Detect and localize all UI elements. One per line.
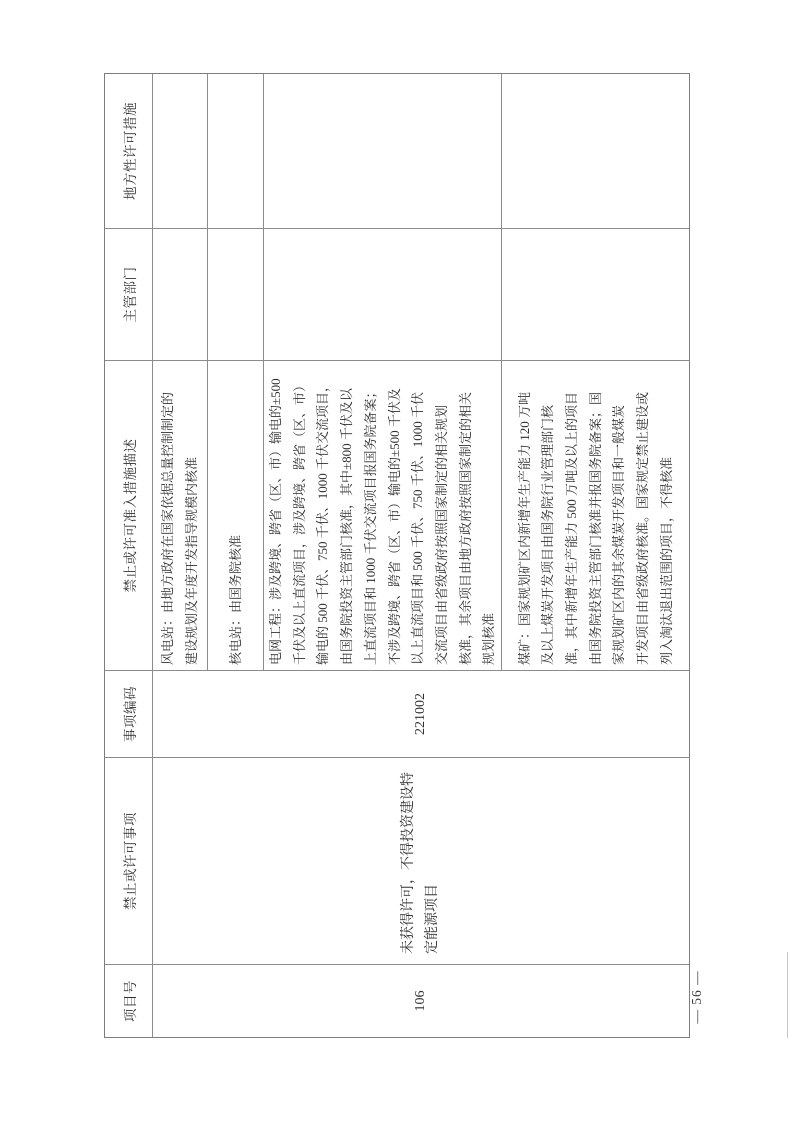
cell-prohibit-or-permit-item: 未获得许可，不得投资建设特 定能源项目 xyxy=(153,757,689,964)
header-measure-description: 禁止或许可准入措施描述 xyxy=(105,360,153,670)
prohibit-or-permit-item-text: 未获得许可，不得投资建设特 定能源项目 xyxy=(397,772,445,954)
cell-local-measures-row3-empty xyxy=(264,74,502,228)
project-no-value: 106 xyxy=(413,991,429,1012)
rotated-landscape-page: 项目号 禁止或许可事项 事项编码 禁止或许可准入措施描述 主管部门 地方性许可措… xyxy=(0,0,793,1121)
cell-measure-power-grid: 电网工程：涉及跨境、跨省（区、市）输电的±500 千伏及以上直流项目，涉及跨境、… xyxy=(264,360,502,670)
cell-department-row2-empty xyxy=(208,228,264,360)
measure-wind-power-text: 风电站：由地方政府在国家依据总量控制制定的 建设规划及年度开发指导规模内核准 xyxy=(156,392,203,665)
page-number: — 56 — xyxy=(689,949,705,1045)
header-competent-department: 主管部门 xyxy=(105,228,153,360)
header-local-permit-measures-label: 地方性许可措施 xyxy=(119,102,139,200)
cell-measure-coal-mine: 煤矿：国家规划矿区内新增年生产能力 120 万吨 及以上煤炭开发项目由国务院行业… xyxy=(502,360,689,670)
cell-local-measures-row1-empty xyxy=(153,74,208,228)
cell-local-measures-row2-empty xyxy=(208,74,264,228)
cell-department-row1-empty xyxy=(153,228,208,360)
header-project-no: 项目号 xyxy=(105,964,153,1037)
cell-measure-wind-power: 风电站：由地方政府在国家依据总量控制制定的 建设规划及年度开发指导规模内核准 xyxy=(153,360,208,670)
item-code-value: 221002 xyxy=(413,693,429,735)
measure-nuclear-power-text: 核电站：由国务院核准 xyxy=(224,535,248,665)
header-item-code-label: 事项编码 xyxy=(119,686,139,742)
header-measure-description-label: 禁止或许可准入措施描述 xyxy=(119,439,139,593)
header-local-permit-measures: 地方性许可措施 xyxy=(105,74,153,228)
header-competent-department-label: 主管部门 xyxy=(119,267,139,323)
measure-power-grid-text: 电网工程：涉及跨境、跨省（区、市）输电的±500 千伏及以上直流项目，涉及跨境、… xyxy=(264,378,501,665)
header-project-no-label: 项目号 xyxy=(119,980,139,1022)
measure-coal-mine-text: 煤矿：国家规划矿区内新增年生产能力 120 万吨 及以上煤炭开发项目由国务院行业… xyxy=(513,392,679,665)
header-prohibit-or-permit-item: 禁止或许可事项 xyxy=(105,757,153,964)
header-item-code: 事项编码 xyxy=(105,670,153,757)
cell-project-no: 106 xyxy=(153,964,689,1037)
cell-department-row4-empty xyxy=(502,228,689,360)
permit-measures-table: 项目号 禁止或许可事项 事项编码 禁止或许可准入措施描述 主管部门 地方性许可措… xyxy=(104,73,690,1038)
header-prohibit-or-permit-item-label: 禁止或许可事项 xyxy=(119,812,139,910)
scanned-document-page: 项目号 禁止或许可事项 事项编码 禁止或许可准入措施描述 主管部门 地方性许可措… xyxy=(0,0,793,1121)
cell-local-measures-row4-empty xyxy=(502,74,689,228)
cell-item-code: 221002 xyxy=(153,670,689,757)
scan-edge-artifact xyxy=(787,952,788,1038)
cell-department-row3-empty xyxy=(264,228,502,360)
cell-measure-nuclear-power: 核电站：由国务院核准 xyxy=(208,360,264,670)
